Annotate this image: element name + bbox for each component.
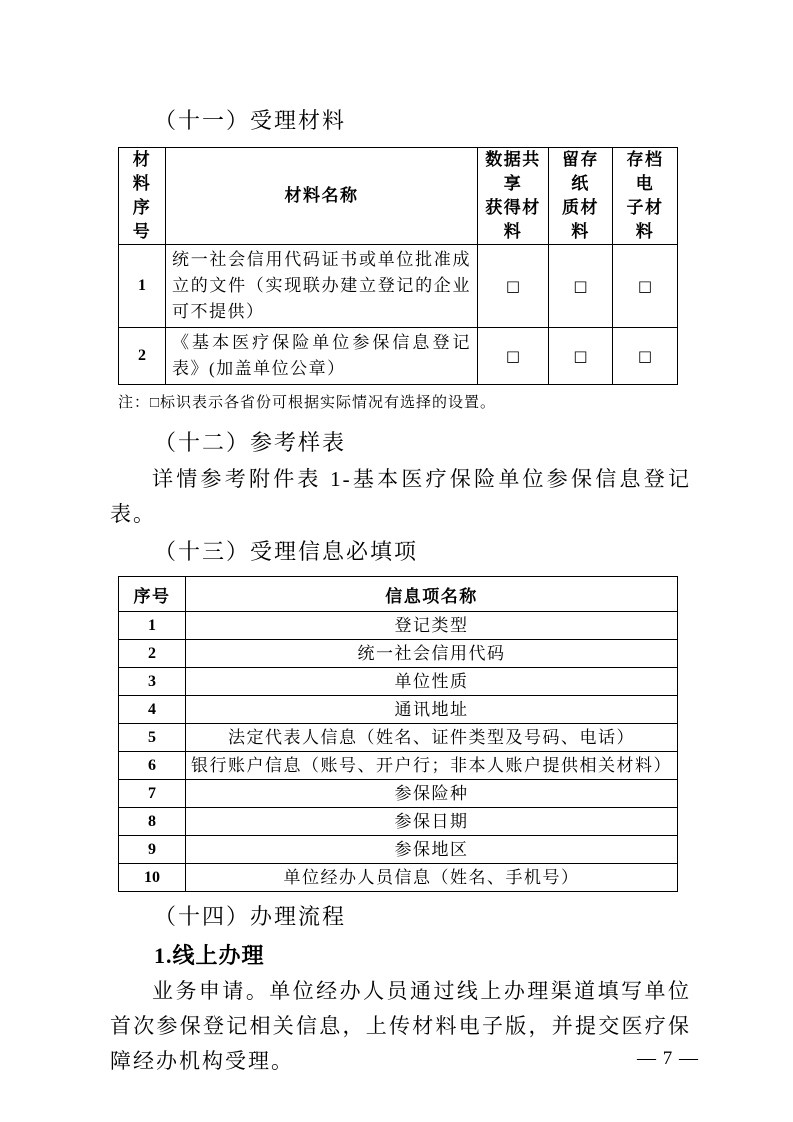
document-page: （十一）受理材料 材料 序号 材料名称 数据共享 获得材料 留存纸 质材料 (0, 0, 793, 1122)
info-row: 7 参保险种 (119, 780, 678, 808)
materials-no-header-line2: 序号 (133, 198, 152, 241)
info-name-cell: 登记类型 (186, 612, 678, 640)
info-row: 1 登记类型 (119, 612, 678, 640)
material-row: 2 《基本医疗保险单位参保信息登记表》(加盖单位公章） □ □ □ (119, 328, 678, 385)
material-name-cell: 《基本医疗保险单位参保信息登记表》(加盖单位公章） (166, 328, 478, 385)
info-row: 10 单位经办人员信息（姓名、手机号） (119, 864, 678, 892)
table-note: 注：□标识表示各省份可根据实际情况有选择的设置。 (118, 393, 691, 413)
section-11-heading: （十一）受理材料 (110, 104, 691, 138)
page-number: — 7 — (637, 1048, 699, 1070)
material-name-cell: 统一社会信用代码证书或单位批准成立的文件（实现联办建立登记的企业可不提供） (166, 245, 478, 328)
data-share-header-line2: 获得材料 (485, 198, 541, 241)
materials-no-header-line1: 材料 (133, 150, 152, 193)
data-share-header-line1: 数据共享 (485, 150, 541, 193)
e-archive-header-line2: 子材料 (627, 198, 664, 241)
section-14-heading: （十四）办理流程 (110, 900, 691, 934)
info-no-cell: 8 (119, 808, 186, 836)
info-name-cell: 单位经办人员信息（姓名、手机号） (186, 864, 678, 892)
info-row: 4 通讯地址 (119, 696, 678, 724)
info-row: 9 参保地区 (119, 836, 678, 864)
material-no-cell: 2 (119, 328, 166, 385)
info-name-cell: 参保日期 (186, 808, 678, 836)
info-no-cell: 6 (119, 752, 186, 780)
info-row: 2 统一社会信用代码 (119, 640, 678, 668)
info-name-header: 信息项名称 (186, 577, 678, 612)
info-name-cell: 法定代表人信息（姓名、证件类型及号码、电话） (186, 724, 678, 752)
info-name-cell: 单位性质 (186, 668, 678, 696)
paper-copy-header: 留存纸 质材料 (549, 148, 613, 245)
online-handling-subheading: 1.线上办理 (110, 939, 691, 972)
material-no-cell: 1 (119, 245, 166, 328)
info-no-cell: 10 (119, 864, 186, 892)
checkbox-icon: □ (478, 328, 549, 385)
required-info-table: 序号 信息项名称 1 登记类型 2 统一社会信用代码 3 单位性质 4 通讯地址… (118, 576, 678, 892)
info-name-cell: 参保险种 (186, 780, 678, 808)
info-table-header-row: 序号 信息项名称 (119, 577, 678, 612)
info-row: 5 法定代表人信息（姓名、证件类型及号码、电话） (119, 724, 678, 752)
info-name-cell: 通讯地址 (186, 696, 678, 724)
online-process-paragraph: 业务申请。单位经办人员通过线上办理渠道填写单位首次参保登记相关信息，上传材料电子… (110, 974, 691, 1079)
material-row: 1 统一社会信用代码证书或单位批准成立的文件（实现联办建立登记的企业可不提供） … (119, 245, 678, 328)
paper-copy-header-line1: 留存纸 (562, 150, 599, 193)
materials-name-header: 材料名称 (166, 148, 478, 245)
info-row: 3 单位性质 (119, 668, 678, 696)
info-no-cell: 4 (119, 696, 186, 724)
info-no-header: 序号 (119, 577, 186, 612)
section-13-heading: （十三）受理信息必填项 (110, 535, 691, 569)
info-name-cell: 银行账户信息（账号、开户行；非本人账户提供相关材料） (186, 752, 678, 780)
info-name-cell: 参保地区 (186, 836, 678, 864)
paper-copy-header-line2: 质材料 (562, 198, 599, 241)
section-12-paragraph: 详情参考附件表 1-基本医疗保险单位参保信息登记表。 (110, 462, 691, 532)
e-archive-header-line1: 存档电 (627, 150, 664, 193)
info-no-cell: 7 (119, 780, 186, 808)
checkbox-icon: □ (613, 245, 678, 328)
checkbox-icon: □ (478, 245, 549, 328)
section-12-heading: （十二）参考样表 (110, 426, 691, 460)
materials-no-header: 材料 序号 (119, 148, 166, 245)
data-share-header: 数据共享 获得材料 (478, 148, 549, 245)
info-no-cell: 9 (119, 836, 186, 864)
checkbox-icon: □ (549, 245, 613, 328)
info-row: 6 银行账户信息（账号、开户行；非本人账户提供相关材料） (119, 752, 678, 780)
checkbox-icon: □ (549, 328, 613, 385)
info-no-cell: 5 (119, 724, 186, 752)
info-no-cell: 2 (119, 640, 186, 668)
e-archive-header: 存档电 子材料 (613, 148, 678, 245)
info-no-cell: 1 (119, 612, 186, 640)
materials-table-header-row: 材料 序号 材料名称 数据共享 获得材料 留存纸 质材料 存档电 子材料 (119, 148, 678, 245)
info-no-cell: 3 (119, 668, 186, 696)
info-row: 8 参保日期 (119, 808, 678, 836)
info-name-cell: 统一社会信用代码 (186, 640, 678, 668)
acceptance-materials-table: 材料 序号 材料名称 数据共享 获得材料 留存纸 质材料 存档电 子材料 (118, 147, 678, 385)
document-content: （十一）受理材料 材料 序号 材料名称 数据共享 获得材料 留存纸 质材料 (110, 0, 691, 1079)
checkbox-icon: □ (613, 328, 678, 385)
